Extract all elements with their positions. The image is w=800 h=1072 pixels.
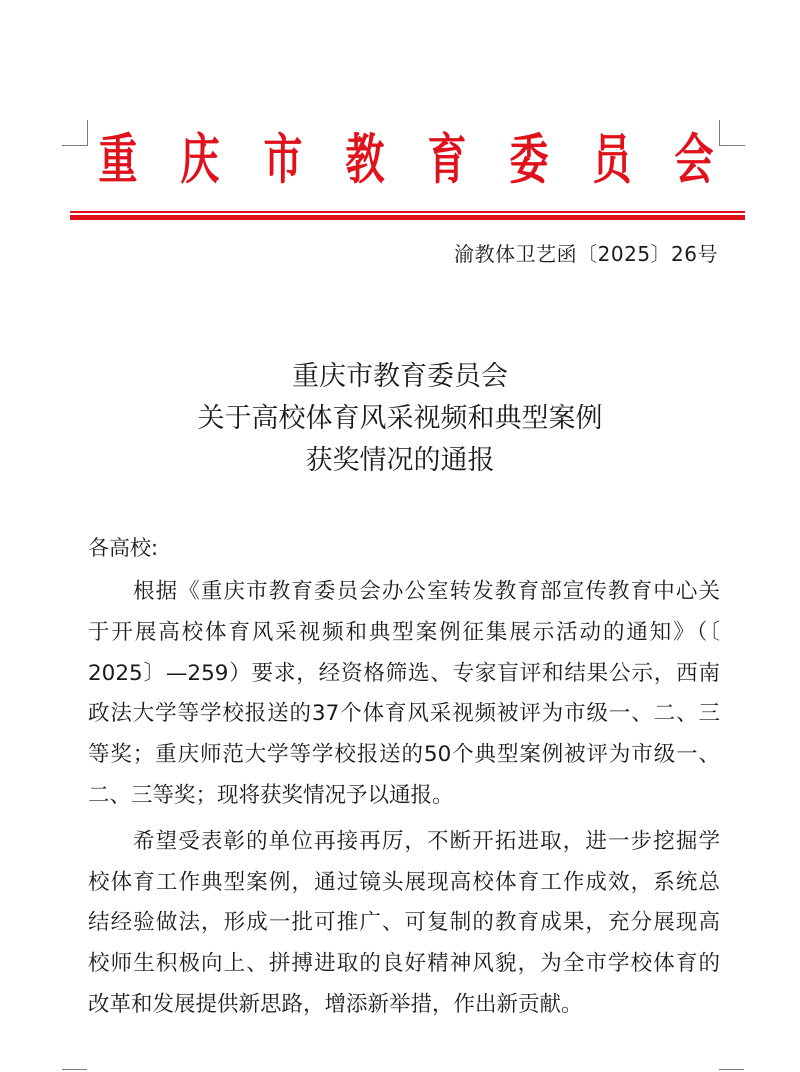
title-line: 重庆市教育委员会 bbox=[0, 356, 800, 398]
masthead-char: 重 bbox=[98, 128, 138, 196]
masthead-title: 重 庆 市 教 育 委 员 会 bbox=[90, 128, 722, 196]
title-line: 获奖情况的通报 bbox=[0, 440, 800, 482]
masthead-divider-thick bbox=[70, 215, 745, 220]
body-line: 改革和发展提供新思路，增添新举措，作出新贡献。 bbox=[88, 985, 720, 1026]
masthead-char: 委 bbox=[509, 128, 549, 196]
paragraph-1: 根据《重庆市教育委员会办公室转发教育部宣传教育中心关 于开展高校体育风采视频和典… bbox=[88, 572, 720, 817]
masthead-char: 市 bbox=[262, 128, 302, 196]
body-line: 政法大学等学校报送的37个体育风采视频被评为市级一、二、三 bbox=[88, 694, 720, 735]
masthead-divider-thin bbox=[70, 211, 745, 213]
salutation: 各高校: bbox=[88, 533, 158, 563]
body-line: 等奖；重庆师范大学等学校报送的50个典型案例被评为市级一、 bbox=[88, 735, 720, 776]
title-line: 关于高校体育风采视频和典型案例 bbox=[0, 398, 800, 440]
document-number: 渝教体卫艺函〔2025〕26号 bbox=[454, 240, 718, 268]
masthead-char: 会 bbox=[674, 128, 714, 196]
body-line: 根据《重庆市教育委员会办公室转发教育部宣传教育中心关 bbox=[88, 572, 720, 613]
masthead-char: 育 bbox=[427, 128, 467, 196]
body-line: 2025〕—259）要求，经资格筛选、专家盲评和结果公示，西南 bbox=[88, 654, 720, 695]
body-line: 校师生积极向上、拼搏进取的良好精神风貌，为全市学校体育的 bbox=[88, 944, 720, 985]
body-line: 结经验做法，形成一批可推广、可复制的教育成果，充分展现高 bbox=[88, 903, 720, 944]
document-body: 根据《重庆市教育委员会办公室转发教育部宣传教育中心关 于开展高校体育风采视频和典… bbox=[88, 572, 720, 1026]
corner-mark-top-left bbox=[62, 120, 88, 146]
masthead-char: 庆 bbox=[180, 128, 220, 196]
masthead-char: 员 bbox=[592, 128, 632, 196]
body-line: 校体育工作典型案例，通过镜头展现高校体育工作成效，系统总 bbox=[88, 863, 720, 904]
body-line: 二、三等奖；现将获奖情况予以通报。 bbox=[88, 776, 720, 817]
paragraph-2: 希望受表彰的单位再接再厉，不断开拓进取，进一步挖掘学 校体育工作典型案例，通过镜… bbox=[88, 822, 720, 1026]
document-title: 重庆市教育委员会 关于高校体育风采视频和典型案例 获奖情况的通报 bbox=[0, 356, 800, 482]
masthead-char: 教 bbox=[345, 128, 385, 196]
body-line: 于开展高校体育风采视频和典型案例征集展示活动的通知》（〔 bbox=[88, 613, 720, 654]
corner-mark-top-right bbox=[719, 120, 745, 146]
body-line: 希望受表彰的单位再接再厉，不断开拓进取，进一步挖掘学 bbox=[88, 822, 720, 863]
